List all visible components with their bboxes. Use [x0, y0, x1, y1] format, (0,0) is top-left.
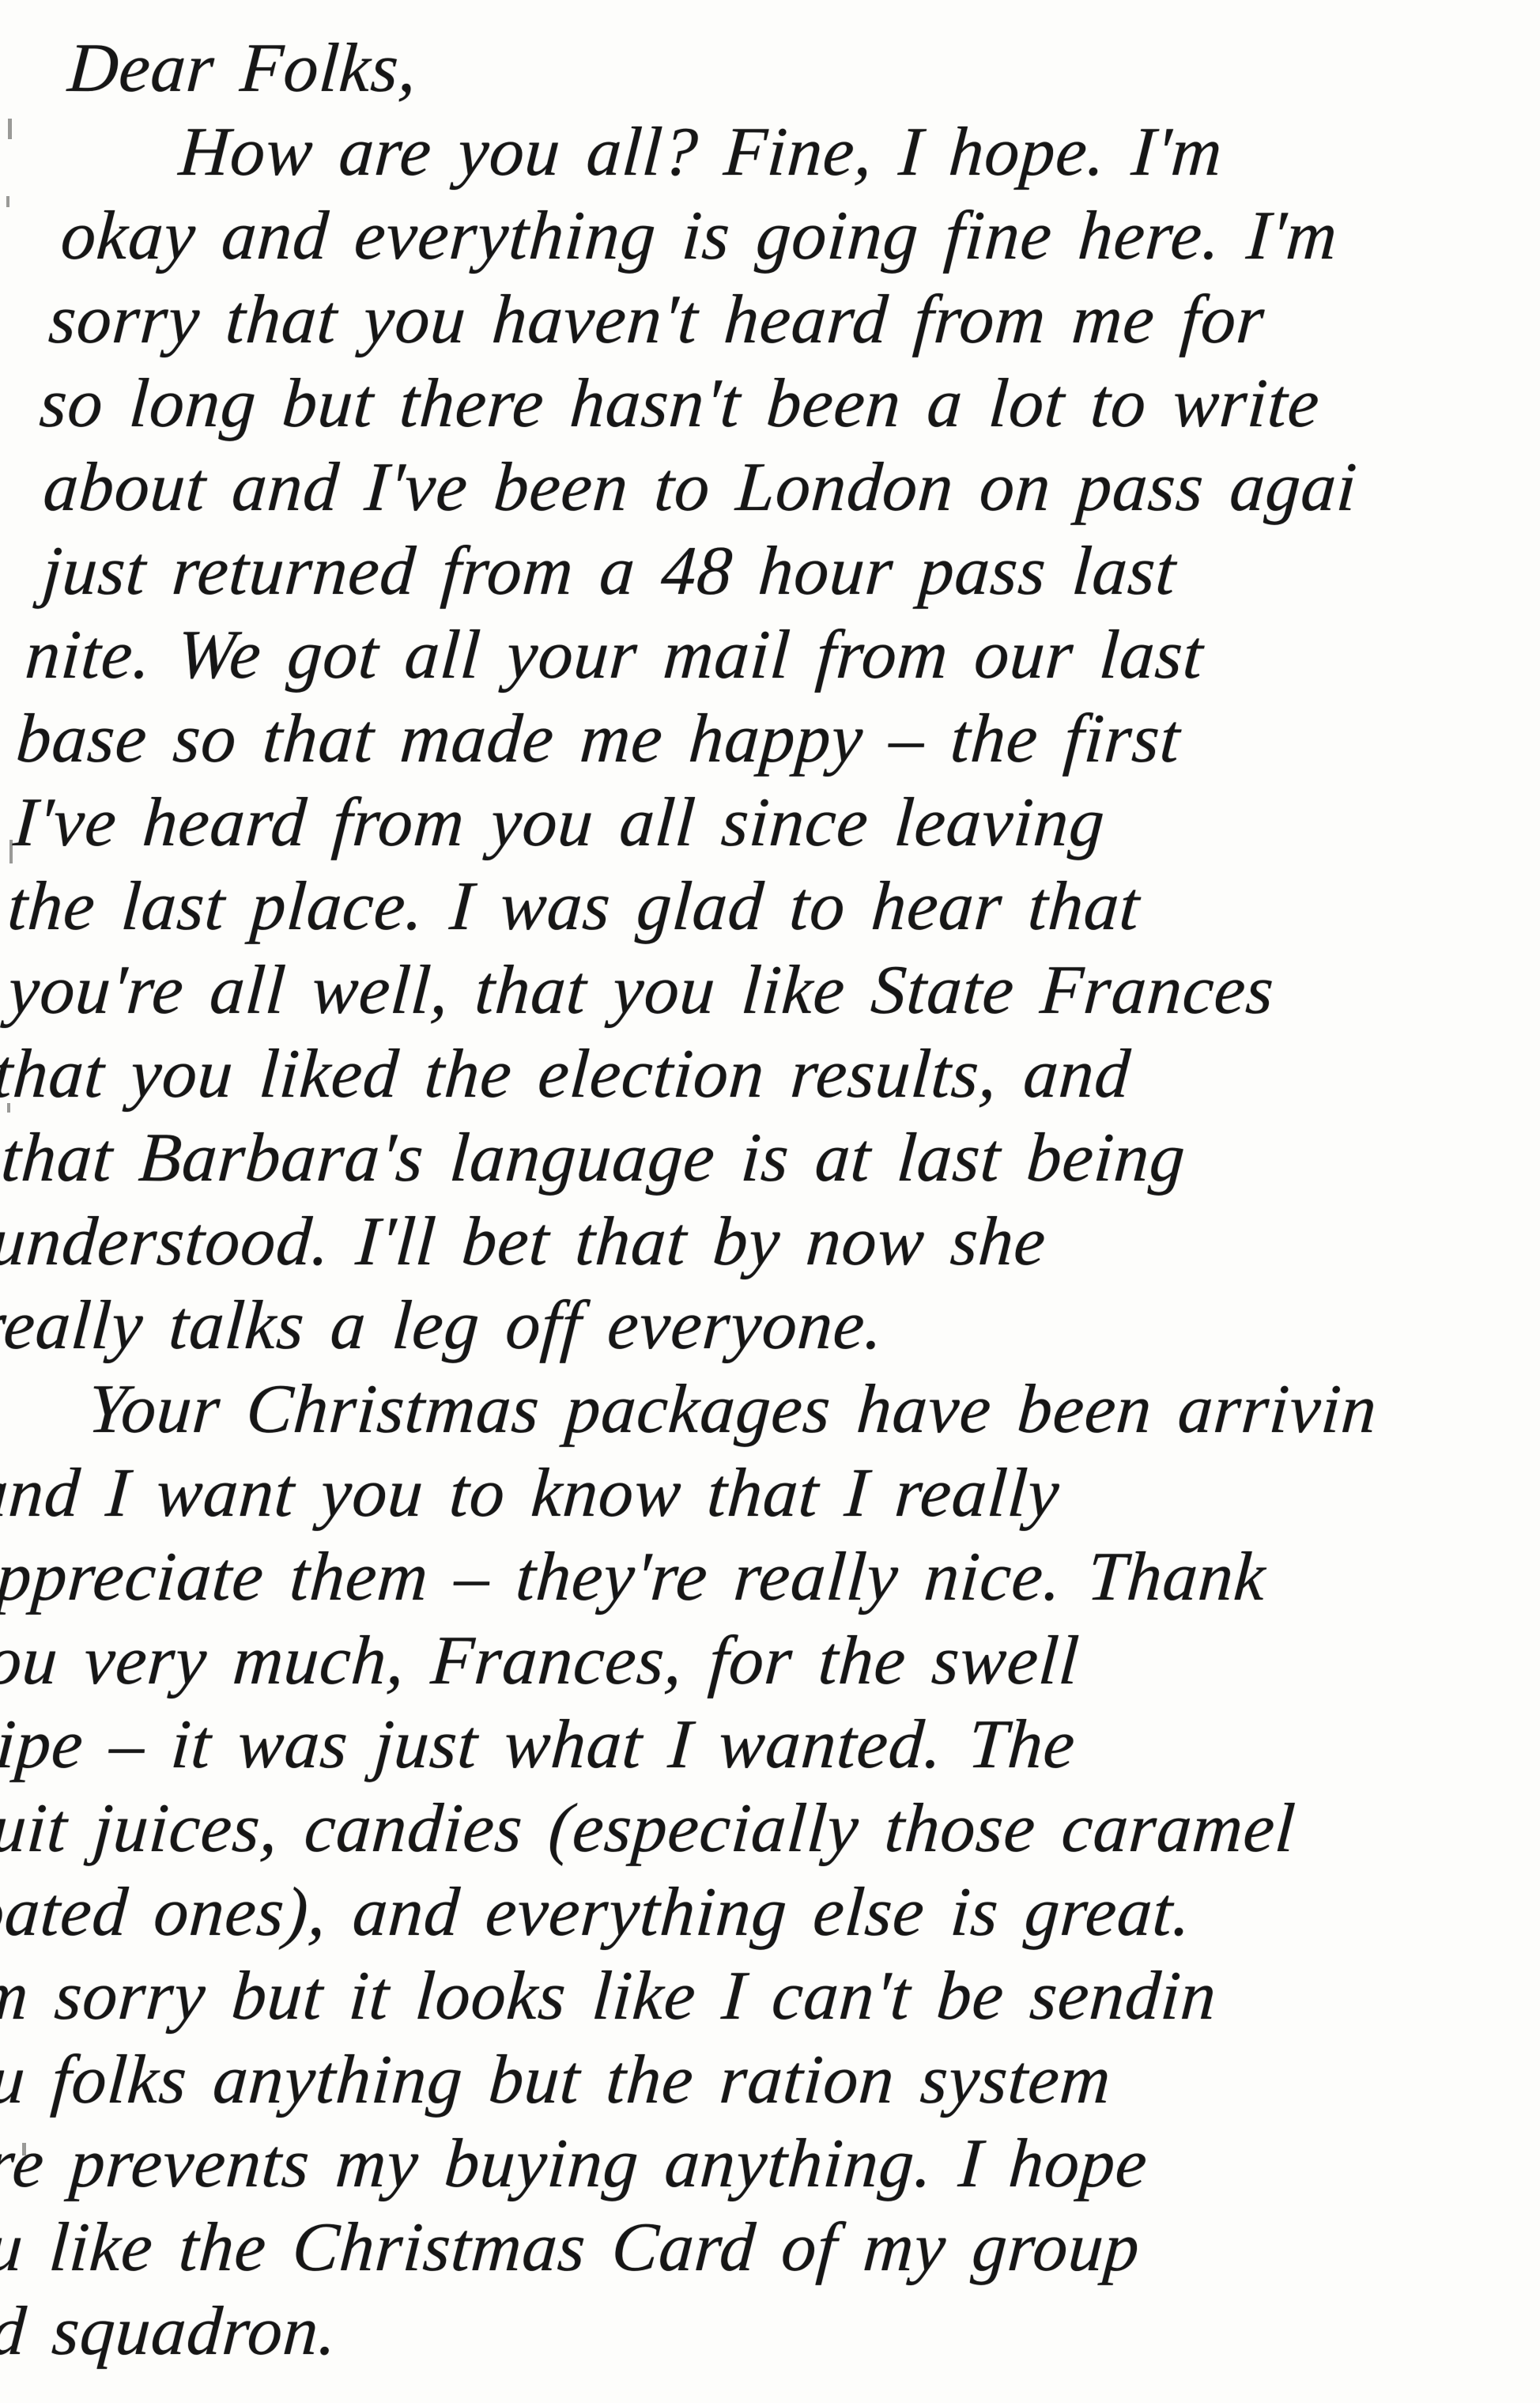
- letter-line: that Barbara's language is at last being: [0, 1116, 1464, 1200]
- letter-line: pipe – it was just what I wanted. The: [0, 1703, 1423, 1787]
- letter-page: Dear Folks, How are you all? Fine, I hop…: [0, 0, 1540, 2403]
- letter-line: okay and everything is going fine here. …: [59, 195, 1528, 278]
- letter-line: about and I've been to London on pass ag…: [41, 446, 1511, 530]
- letter-line: coated ones), and everything else is gre…: [0, 1871, 1411, 1955]
- scan-speck: [8, 119, 12, 139]
- letter-line: I've heard from you all since leaving: [11, 781, 1487, 865]
- letter-line: appreciate them – they're really nice. T…: [0, 1536, 1435, 1619]
- salutation: Dear Folks,: [61, 27, 1540, 111]
- letter-line: sorry that you haven't heard from me for: [46, 278, 1522, 362]
- letter-line: and I want you to know that I really: [0, 1452, 1440, 1536]
- letter-line: so long but there hasn't been a lot to w…: [37, 362, 1516, 446]
- letter-line: you folks anything but the ration system: [0, 2038, 1399, 2122]
- letter-line: I'm sorry but it looks like I can't be s…: [0, 1955, 1406, 2038]
- scan-speck: [6, 196, 9, 207]
- letter-line: the last place. I was glad to hear that: [5, 865, 1481, 949]
- letter-line: nite. We got all your mail from our last: [23, 614, 1499, 697]
- letter-line: that you liked the election results, and: [0, 1033, 1470, 1116]
- letter-line: just returned from a 48 hour pass last: [40, 530, 1504, 614]
- letter-line: you're all well, that you like State Fra…: [6, 949, 1475, 1033]
- letter-line: understood. I'll bet that by now she: [0, 1200, 1458, 1284]
- letter-body: Dear Folks, How are you all? Fine, I hop…: [0, 27, 1540, 2374]
- letter-line: really talks a leg off everyone.: [0, 1284, 1452, 1368]
- letter-line: fruit juices, candies (especially those …: [0, 1787, 1417, 1871]
- letter-line: you very much, Frances, for the swell: [0, 1619, 1429, 1703]
- letter-line: How are you all? Fine, I hope. I'm: [58, 111, 1534, 195]
- letter-line: Your Christmas packages have been arrivi…: [0, 1368, 1446, 1452]
- letter-line: base so that made me happy – the first: [13, 697, 1493, 781]
- letter-line: here prevents my buying anything. I hope: [0, 2122, 1394, 2206]
- letter-line: and squadron.: [0, 2290, 1382, 2374]
- letter-line: you like the Christmas Card of my group: [0, 2206, 1387, 2290]
